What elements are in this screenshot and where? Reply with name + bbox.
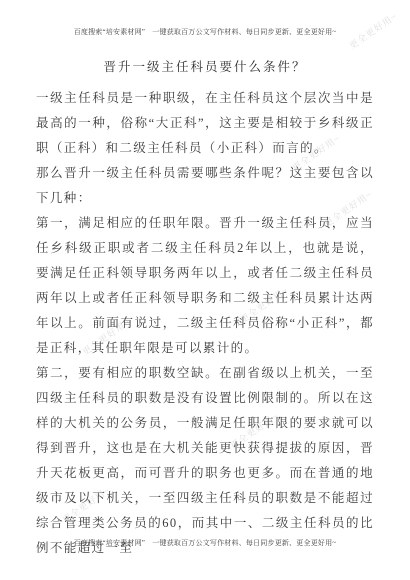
document-body: 一级主任科员是一种职级，在主任科员这个层次当中是最高的一种，俗称“大正科”，这主… [36, 86, 374, 561]
paragraph: 一级主任科员是一种职级，在主任科员这个层次当中是最高的一种，俗称“大正科”，这主… [36, 86, 374, 161]
document-page: 百度搜索“培安素材网” 一键获取百万公文写作材料、每日同步更新、更全更好用~ 晋… [0, 0, 410, 580]
paragraph: 第二，要有相应的职数空缺。在副省级以上机关，一至四级主任科员的职数是没有设置比例… [36, 361, 374, 561]
paragraph: 那么晋升一级主任科员需要哪些条件呢？这主要包含以下几种： [36, 161, 374, 211]
paragraph: 第一，满足相应的任职年限。晋升一级主任科员，应当任乡科级正职或者二级主任科员2年… [36, 211, 374, 361]
page-title: 晋升一级主任科员要什么条件？ [0, 57, 410, 75]
page-header: 百度搜索“培安素材网” 一键获取百万公文写作材料、每日同步更新、更全更好用~ [0, 27, 410, 37]
page-footer: 百度搜索“培安素材网” 一键获取百万公文写作材料、每日同步更新、更全更好用~ [0, 538, 410, 548]
